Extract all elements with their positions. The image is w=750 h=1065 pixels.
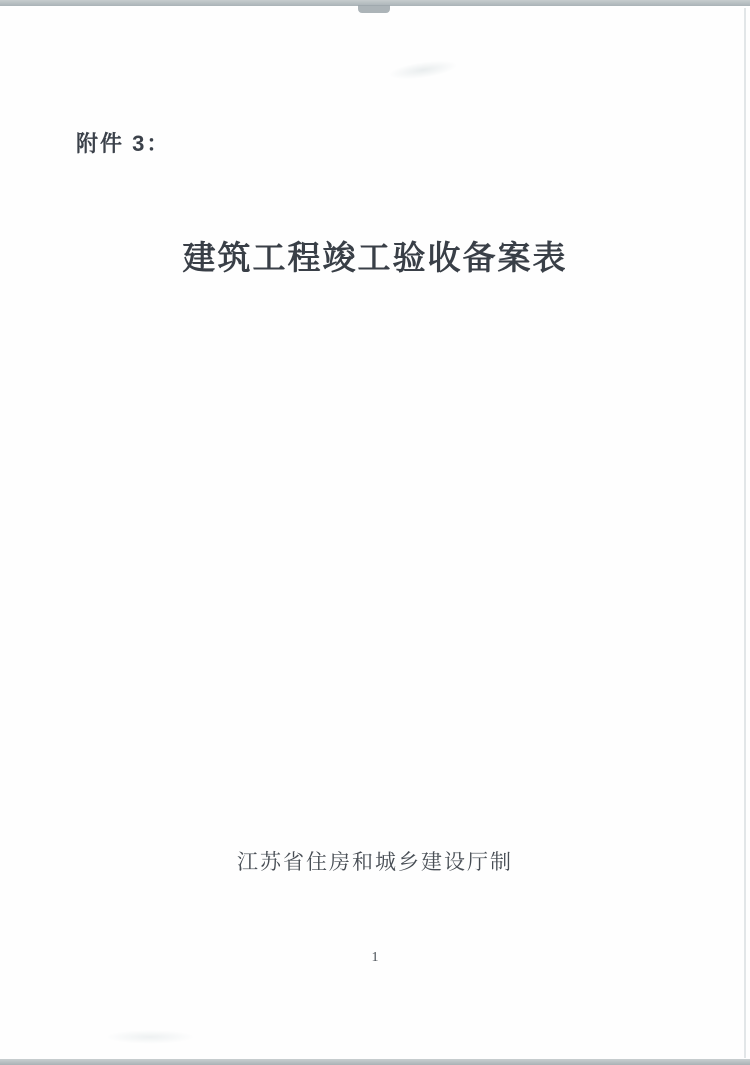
scan-line-right xyxy=(744,8,746,1058)
scan-tab-artifact xyxy=(358,5,390,13)
scan-edge-bottom xyxy=(0,1059,750,1065)
document-title: 建筑工程竣工验收备案表 xyxy=(0,232,750,279)
scan-smudge-artifact xyxy=(105,1030,195,1044)
scan-smudge-artifact xyxy=(387,57,459,83)
scanned-document-page: 附件 3： 建筑工程竣工验收备案表 江苏省住房和城乡建设厅制 1 xyxy=(0,0,750,1065)
page-number: 1 xyxy=(0,950,750,966)
issuer-line: 江苏省住房和城乡建设厅制 xyxy=(0,846,750,876)
attachment-label: 附件 3： xyxy=(76,127,170,158)
